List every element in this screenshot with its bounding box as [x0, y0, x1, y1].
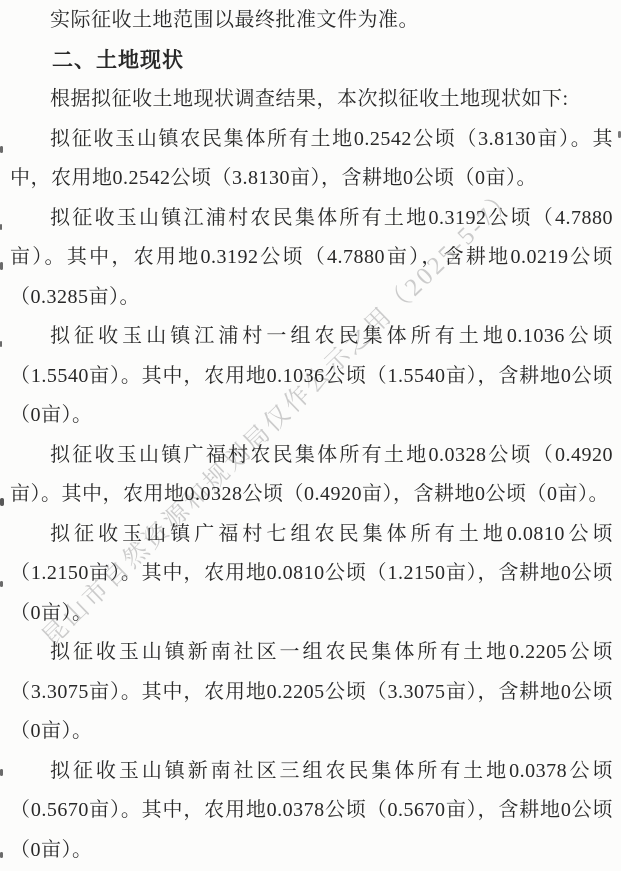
body-paragraph: 拟征收玉山镇新南社区三组农民集体所有土地0.0378公顷（0.5670亩）。其中… — [10, 752, 613, 871]
body-paragraph: 拟征收玉山镇江浦村一组农民集体所有土地0.1036公顷（1.5540亩）。其中，… — [10, 317, 613, 436]
lead-line: 根据拟征收土地现状调查结果，本次拟征收土地现状如下: — [10, 80, 613, 120]
document-page: 昆山市自然资源和规划局仅作公示之用（2025-5-7） 实际征收土地范围以最终批… — [0, 0, 621, 871]
intro-line: 实际征收土地范围以最终批准文件为准。 — [10, 1, 613, 41]
section-heading: 二、土地现状 — [10, 41, 613, 81]
body-paragraph: 拟征收玉山镇江浦村农民集体所有土地0.3192公顷（4.7880亩）。其中，农用… — [10, 199, 613, 318]
body-paragraph: 拟征收玉山镇广福村七组农民集体所有土地0.0810公顷（1.2150亩）。其中，… — [10, 515, 613, 634]
body-paragraph: 拟征收玉山镇农民集体所有土地0.2542公顷（3.8130亩）。其中，农用地0.… — [10, 120, 613, 199]
body-paragraph: 拟征收玉山镇广福村农民集体所有土地0.0328公顷（0.4920亩）。其中，农用… — [10, 436, 613, 515]
body-paragraph: 拟征收玉山镇新南社区一组农民集体所有土地0.2205公顷（3.3075亩）。其中… — [10, 633, 613, 752]
document-body: 实际征收土地范围以最终批准文件为准。 二、土地现状 根据拟征收土地现状调查结果，… — [0, 0, 621, 871]
